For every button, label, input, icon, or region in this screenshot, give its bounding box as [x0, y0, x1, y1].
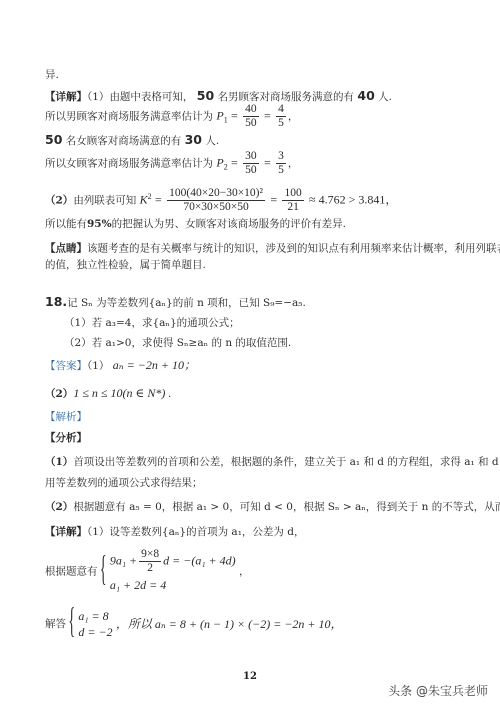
percentage: 95% — [87, 218, 112, 230]
numerator: 30 — [243, 150, 259, 164]
male-rate-line: 所以男顾客对商场服务满意率估计为 P1 = 4050 = 45， — [45, 103, 298, 130]
denominator: 50 — [243, 164, 259, 177]
text: 所以女顾客对商场服务满意率估计为 — [45, 158, 213, 170]
fenxi1-line1: （1）首项设出等差数列的首项和公差，根据题的条件，建立关于 a₁ 和 d 的方程… — [45, 455, 500, 469]
analysis-label: 【解析】 — [45, 411, 87, 423]
equation-system: 9a₁ +9×82d = −(a₁ + 4d) a₁ + 2d = 4 — [101, 548, 236, 595]
text: 所以男顾客对商场服务满意率估计为 — [45, 111, 213, 123]
text: 由题中表格可知， — [109, 91, 193, 103]
answer-line2: （2）1 ≤ n ≤ 10(n ∈ N*) . — [45, 386, 171, 401]
fraction: 4050 — [243, 103, 259, 130]
question-1: （1）若 a₃=4，求{aₙ}的通项公式； — [64, 317, 240, 329]
denominator: 5 — [276, 164, 286, 177]
result: ≈ 4.762 > 3.841， — [309, 193, 397, 207]
problem18-stem: 18.记 Sₙ 为等差数列{aₙ}的前 n 项和，已知 S₉=−a₅. — [45, 295, 306, 310]
number: 50 — [45, 132, 62, 147]
subscript: 1 — [224, 116, 228, 125]
page-number: 12 — [0, 671, 500, 682]
numerator: 4 — [276, 103, 286, 117]
equation-row-1: 9a₁ +9×82d = −(a₁ + 4d) — [110, 548, 236, 575]
female-count-line: 50 名女顾客对商场满意的有 30 人. — [45, 133, 219, 148]
numerator: 100(40×20−30×10)² — [167, 187, 265, 201]
general-term-result: ，所以 aₙ = 8 + (n − 1) × (−2) = −2n + 10， — [116, 617, 343, 631]
problem18-q1: （1）若 a₃=4，求{aₙ}的通项公式； — [64, 316, 240, 330]
text: 解答 — [45, 618, 66, 630]
fraction: 10021 — [282, 187, 303, 214]
prefix: （1） — [45, 456, 73, 468]
problem18-q2: （2）若 a₁>0，求使得 Sₙ≥aₙ 的 n 的取值范围. — [64, 336, 291, 350]
part2-label: （2） — [45, 195, 73, 207]
number: 40 — [357, 88, 374, 103]
fraction: 9×82 — [139, 548, 161, 575]
detail-label: 【详解】 — [45, 526, 87, 538]
term: d = −(a₁ + 4d) — [163, 553, 235, 567]
subscript: 2 — [224, 163, 228, 172]
question-2: （2）若 a₁>0，求使得 Sₙ≥aₙ 的 n 的取值范围. — [64, 337, 291, 349]
text: 该题考查的是有关概率与统计的知识，涉及到的知识点有利用频率来估计概率，利用列联表… — [87, 243, 500, 255]
k-squared-line: （2）由列联表可知 K2 = 100(40×20−30×10)²70×30×50… — [45, 187, 397, 214]
fenxi1-line2: 用等差数列的通项公式求得结果； — [45, 476, 203, 490]
prefix: （2） — [45, 501, 73, 513]
answer-label: 【答案】 — [45, 360, 87, 372]
text: （1）设等差数列{aₙ}的首项为 a₁，公差为 d， — [87, 526, 304, 538]
denominator: 50 — [243, 117, 259, 130]
denominator: 5 — [276, 117, 286, 130]
part1-label: （1） — [87, 91, 109, 103]
comment-line1: 【点睛】该题考查的是有关概率与统计的知识，涉及到的知识点有利用频率来估计概率，利… — [45, 238, 500, 256]
female-rate-line: 所以女顾客对商场服务满意率估计为 P2 = 3050 = 35， — [45, 150, 298, 177]
term: 9a₁ + — [110, 553, 137, 567]
text: 用等差数列的通项公式求得结果； — [45, 477, 203, 489]
text: 的把握认为男、女顾客对该商场服务的评价有差异. — [112, 218, 346, 230]
problem-stem: 记 Sₙ 为等差数列{aₙ}的前 n 项和，已知 S₉=−a₅. — [67, 297, 306, 309]
answer-1: aₙ = −2n + 10； — [113, 358, 196, 372]
analysis-label-line: 【解析】 — [45, 410, 87, 424]
denominator: 70×30×50×50 — [167, 201, 265, 214]
var-p: P — [216, 156, 223, 170]
prefix: （2） — [45, 388, 73, 400]
document-page: 异. 【详解】（1）由题中表格可知， 50 名男顾客对商场服务满意的有 40 人… — [0, 0, 500, 707]
prefix: （1） — [87, 360, 109, 372]
comment-label: 【点睛】 — [45, 243, 87, 255]
fraction: 45 — [276, 103, 286, 130]
system-line: 根据题意有 9a₁ +9×82d = −(a₁ + 4d) a₁ + 2d = … — [45, 548, 249, 595]
text: 人. — [205, 135, 219, 147]
var-p: P — [216, 109, 223, 123]
solution-system: a₁ = 8 d = −2 — [69, 608, 112, 640]
text: 的值，独立性检验，属于简单题目. — [45, 259, 206, 271]
fraction: 35 — [276, 150, 286, 177]
tail-text: 异. — [45, 69, 59, 81]
text: 所以能有 — [45, 218, 87, 230]
text: 人. — [378, 91, 392, 103]
number: 30 — [185, 132, 202, 147]
text: 首项设出等差数列的首项和公差，根据题的条件，建立关于 a₁ 和 d 的方程组，求… — [73, 456, 500, 468]
text: 根据题意有 — [45, 566, 98, 578]
conclusion-line: 所以能有95%的把握认为男、女顾客对该商场服务的评价有差异. — [45, 217, 346, 231]
var-k: K — [140, 193, 148, 207]
numerator: 3 — [276, 150, 286, 164]
fenxi-label: 【分析】 — [45, 432, 87, 444]
solve-line: 解答 a₁ = 8 d = −2 ，所以 aₙ = 8 + (n − 1) × … — [45, 608, 343, 640]
fraction: 3050 — [243, 150, 259, 177]
comment-line2: 的值，独立性检验，属于简单题目. — [45, 258, 206, 272]
solution-row-2: d = −2 — [78, 624, 112, 640]
equation-row-2: a₁ + 2d = 4 — [110, 575, 236, 595]
fenxi2-line: （2）根据题意有 a₅ = 0，根据 a₁ > 0，可知 d < 0，根据 Sₙ… — [45, 500, 500, 514]
number: 50 — [197, 88, 214, 103]
numerator: 40 — [243, 103, 259, 117]
text: 名女顾客对商场满意的有 — [66, 135, 182, 147]
denominator: 2 — [139, 562, 161, 575]
detail-label: 【详解】 — [45, 91, 87, 103]
solution-row-1: a₁ = 8 — [78, 608, 112, 624]
answer-2: 1 ≤ n ≤ 10(n ∈ N*) . — [73, 386, 171, 400]
answer-line1: 【答案】（1） aₙ = −2n + 10； — [45, 358, 196, 373]
watermark: 头条 @朱宝兵老师 — [388, 682, 488, 699]
fraction: 100(40×20−30×10)²70×30×50×50 — [167, 187, 265, 214]
punct: ， — [239, 566, 250, 578]
prev-detail-line1: 【详解】（1）由题中表格可知， 50 名男顾客对商场服务满意的有 40 人. — [45, 89, 392, 104]
text: 由列联表可知 — [73, 195, 136, 207]
denominator: 21 — [282, 201, 303, 214]
fenxi-label-line: 【分析】 — [45, 431, 87, 445]
text: 根据题意有 a₅ = 0，根据 a₁ > 0，可知 d < 0，根据 Sₙ > … — [73, 501, 500, 513]
text: 名男顾客对商场服务满意的有 — [218, 91, 355, 103]
problem-number: 18. — [45, 294, 67, 309]
numerator: 9×8 — [139, 548, 161, 562]
detail-line1: 【详解】（1）设等差数列{aₙ}的首项为 a₁，公差为 d， — [45, 525, 304, 539]
prev-solution-tail: 异. — [45, 68, 59, 82]
numerator: 100 — [282, 187, 303, 201]
